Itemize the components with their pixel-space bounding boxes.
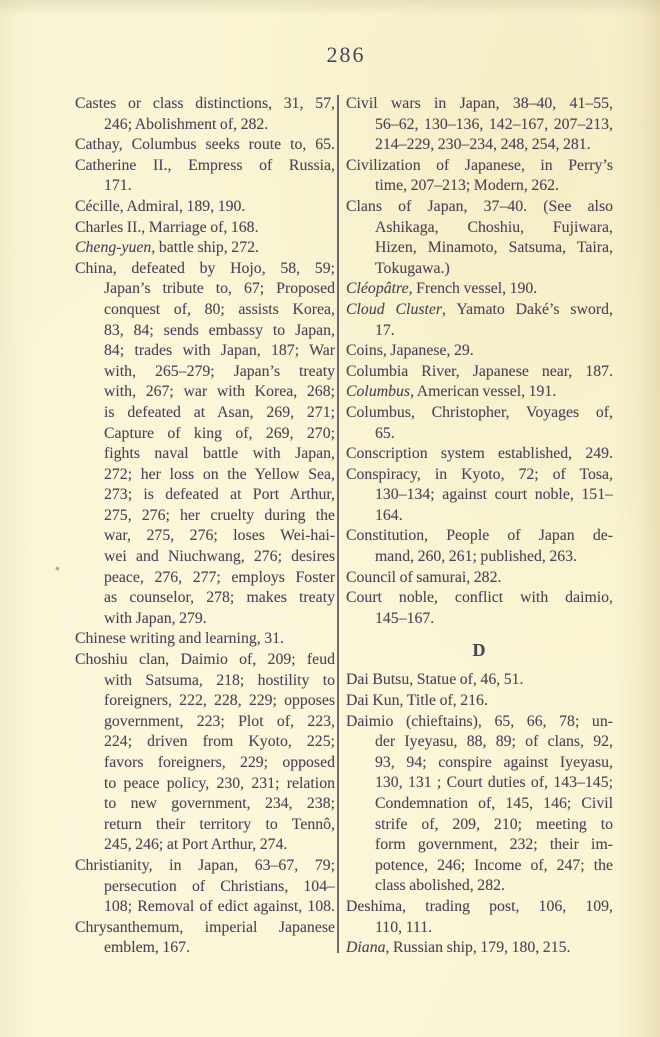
index-line: with Satsuma, 218; hostility to	[75, 671, 335, 692]
index-text: 56–62, 130–136, 142–167, 207–213,	[375, 116, 613, 133]
index-text: 272; her loss on the Yellow Sea,	[104, 466, 335, 483]
index-line: Conscription system established, 249.	[346, 444, 613, 465]
index-line: 65.	[346, 424, 613, 445]
index-text-italic: Cheng-yuen	[75, 239, 151, 256]
index-text: 245, 246; at Port Arthur, 274.	[104, 836, 287, 853]
index-text: is defeated at Asan, 269, 271;	[104, 404, 335, 421]
index-text: 93, 94; conspire against Iyeyasu,	[375, 754, 613, 771]
index-line: emblem, 167.	[75, 938, 335, 959]
index-text: Columbia River, Japanese near, 187.	[346, 363, 613, 380]
index-line: Castes or class distinctions, 31, 57,	[75, 94, 335, 115]
index-line: Charles II., Marriage of, 168.	[75, 218, 335, 239]
index-text: Clans of Japan, 37–40. (See also	[346, 198, 613, 215]
index-text-italic: Cloud Cluster	[346, 301, 442, 318]
page-number: 286	[0, 42, 660, 68]
index-text: persecution of Christians, 104–	[104, 878, 335, 895]
index-text: Dai Kun, Title of, 216.	[346, 692, 488, 709]
index-text: return their territory to Tennô,	[104, 816, 335, 833]
index-line: is defeated at Asan, 269, 271;	[75, 403, 335, 424]
scanned-book-page: 286 Castes or class distinctions, 31, 57…	[0, 0, 660, 1037]
index-text: 224; driven from Kyoto, 225;	[104, 733, 335, 750]
index-line: 93, 94; conspire against Iyeyasu,	[346, 753, 613, 774]
index-text: , American vessel, 191.	[410, 383, 556, 400]
index-text: government, 223; Plot of, 223,	[104, 713, 335, 730]
index-text: 110, 111.	[375, 919, 432, 936]
index-line: Council of samurai, 282.	[346, 568, 613, 589]
index-text: Deshima, trading post, 106, 109,	[346, 898, 613, 915]
index-line: persecution of Christians, 104–	[75, 877, 335, 898]
index-text: emblem, 167.	[104, 939, 190, 956]
column-divider	[337, 95, 339, 953]
index-line: Ashikaga, Choshiu, Fujiwara,	[346, 218, 613, 239]
index-text: Condemnation of, 145, 146; Civil	[375, 795, 613, 812]
index-line: Cloud Cluster, Yamato Daké’s sword,	[346, 300, 613, 321]
index-line: Cheng-yuen, battle ship, 272.	[75, 238, 335, 259]
index-text: with Japan, 279.	[104, 610, 207, 627]
index-line: 246; Abolishment of, 282.	[75, 115, 335, 136]
index-line: Coins, Japanese, 29.	[346, 341, 613, 362]
index-line: Choshiu clan, Daimio of, 209; feud	[75, 650, 335, 671]
index-text: Capture of king of, 269, 270;	[104, 425, 335, 442]
index-text: Court noble, conflict with daimio,	[346, 589, 613, 606]
index-line: return their territory to Tennô,	[75, 815, 335, 836]
index-text: Ashikaga, Choshiu, Fujiwara,	[375, 219, 613, 236]
index-line: with, 265–279; Japan’s treaty	[75, 362, 335, 383]
index-line: peace, 276, 277; employs Foster	[75, 568, 335, 589]
index-text: Conscription system established, 249.	[346, 445, 613, 462]
index-text: favors foreigners, 229; opposed	[104, 754, 335, 771]
section-heading: D	[346, 629, 613, 670]
index-text: Cathay, Columbus seeks route to, 65.	[75, 136, 335, 153]
index-text: strife of, 209, 210; meeting to	[375, 816, 613, 833]
index-line: strife of, 209, 210; meeting to	[346, 815, 613, 836]
index-line: fights naval battle with Japan,	[75, 444, 335, 465]
index-line: to new government, 234, 238;	[75, 794, 335, 815]
index-text: , Russian ship, 179, 180, 215.	[386, 939, 571, 956]
index-text: class abolished, 282.	[375, 877, 505, 894]
index-text: 164.	[375, 507, 403, 524]
index-text: Tokugawa.)	[375, 260, 450, 277]
index-line: Condemnation of, 145, 146; Civil	[346, 794, 613, 815]
index-text: to new government, 234, 238;	[104, 795, 335, 812]
index-text: with Satsuma, 218; hostility to	[104, 672, 335, 689]
index-text: Dai Butsu, Statue of, 46, 51.	[346, 671, 523, 688]
index-text: foreigners, 222, 228, 229; opposes	[104, 692, 335, 709]
index-text: 214–229, 230–234, 248, 254, 281.	[375, 136, 591, 153]
index-line: 145–167.	[346, 609, 613, 630]
index-text: Civil wars in Japan, 38–40, 41–55,	[346, 95, 613, 112]
index-line: Cathay, Columbus seeks route to, 65.	[75, 135, 335, 156]
index-text: 145–167.	[375, 610, 434, 627]
index-text: 130–134; against court noble, 151–	[375, 486, 613, 503]
index-column-left: Castes or class distinctions, 31, 57,246…	[75, 94, 335, 959]
index-line: 245, 246; at Port Arthur, 274.	[75, 835, 335, 856]
index-text: Civilization of Japanese, in Perry’s	[346, 157, 613, 174]
index-text: China, defeated by Hojo, 58, 59;	[75, 260, 335, 277]
index-text: war, 275, 276; loses Wei-hai-	[104, 527, 335, 544]
index-line: Columbia River, Japanese near, 187.	[346, 362, 613, 383]
index-text: Castes or class distinctions, 31, 57,	[75, 95, 335, 112]
index-text: 84; trades with Japan, 187; War	[104, 342, 335, 359]
index-line: Cécille, Admiral, 189, 190.	[75, 197, 335, 218]
index-line: Dai Butsu, Statue of, 46, 51.	[346, 670, 613, 691]
index-text: time, 207–213; Modern, 262.	[375, 177, 559, 194]
index-line: 110, 111.	[346, 918, 613, 939]
index-line: Tokugawa.)	[346, 259, 613, 280]
index-text: fights naval battle with Japan,	[104, 445, 335, 462]
index-text: with, 267; war with Korea, 268;	[104, 383, 335, 400]
index-line: Civil wars in Japan, 38–40, 41–55,	[346, 94, 613, 115]
index-line: 171.	[75, 176, 335, 197]
index-line: wei and Niuchwang, 276; desires	[75, 547, 335, 568]
index-text: 246; Abolishment of, 282.	[104, 116, 268, 133]
index-text: 275, 276; her cruelty during the	[104, 507, 335, 524]
index-text-italic: Columbus	[346, 383, 410, 400]
index-text: Council of samurai, 282.	[346, 569, 501, 586]
index-text: 65.	[375, 425, 395, 442]
index-line: 56–62, 130–136, 142–167, 207–213,	[346, 115, 613, 136]
index-line: mand, 260, 261; published, 263.	[346, 547, 613, 568]
index-text: Japan’s tribute to, 67; Proposed	[104, 280, 335, 297]
index-text: as counselor, 278; makes treaty	[104, 589, 335, 606]
index-line: 130–134; against court noble, 151–	[346, 485, 613, 506]
index-line: 84; trades with Japan, 187; War	[75, 341, 335, 362]
index-text: wei and Niuchwang, 276; desires	[104, 548, 335, 565]
index-text: 108; Removal of edict against, 108.	[104, 898, 335, 915]
index-text: to peace policy, 230, 231; relation	[104, 775, 335, 792]
index-line: with Japan, 279.	[75, 609, 335, 630]
index-text: Daimio (chieftains), 65, 66, 78; un-	[346, 713, 613, 730]
index-line: 275, 276; her cruelty during the	[75, 506, 335, 527]
index-line: 164.	[346, 506, 613, 527]
index-line: Deshima, trading post, 106, 109,	[346, 897, 613, 918]
index-column-right: Civil wars in Japan, 38–40, 41–55,56–62,…	[346, 94, 613, 959]
index-line: China, defeated by Hojo, 58, 59;	[75, 259, 335, 280]
book-page: { "page_number": "286", "colors": { "pap…	[0, 0, 660, 1037]
index-text: 171.	[104, 177, 132, 194]
index-line: Dai Kun, Title of, 216.	[346, 691, 613, 712]
index-text: , French vessel, 190.	[409, 280, 538, 297]
index-line: Daimio (chieftains), 65, 66, 78; un-	[346, 712, 613, 733]
index-text: potence, 246; Income of, 247; the	[375, 857, 613, 874]
index-line: Diana, Russian ship, 179, 180, 215.	[346, 938, 613, 959]
index-text: peace, 276, 277; employs Foster	[104, 569, 335, 586]
index-text: der Iyeyasu, 88, 89; of clans, 92,	[375, 733, 613, 750]
index-text: Charles II., Marriage of, 168.	[75, 219, 259, 236]
index-line: Cléopâtre, French vessel, 190.	[346, 279, 613, 300]
index-text: D	[473, 640, 487, 660]
index-text-italic: Cléopâtre	[346, 280, 409, 297]
index-line: Columbus, Christopher, Voyages of,	[346, 403, 613, 424]
index-line: potence, 246; Income of, 247; the	[346, 856, 613, 877]
index-text: Chinese writing and learning, 31.	[75, 630, 284, 647]
index-line: as counselor, 278; makes treaty	[75, 588, 335, 609]
index-text: Choshiu clan, Daimio of, 209; feud	[75, 651, 335, 668]
index-line: form government, 232; their im-	[346, 835, 613, 856]
index-text: 83, 84; sends embassy to Japan,	[104, 322, 335, 339]
index-text: Hizen, Minamoto, Satsuma, Taira,	[375, 239, 613, 256]
index-text: Chrysanthemum, imperial Japanese	[75, 919, 335, 936]
index-text: Cécille, Admiral, 189, 190.	[75, 198, 245, 215]
index-line: to peace policy, 230, 231; relation	[75, 774, 335, 795]
index-line: 224; driven from Kyoto, 225;	[75, 732, 335, 753]
index-body: Castes or class distinctions, 31, 57,246…	[75, 94, 613, 959]
index-line: Clans of Japan, 37–40. (See also	[346, 197, 613, 218]
index-line: government, 223; Plot of, 223,	[75, 712, 335, 733]
index-text: 273; is defeated at Port Arthur,	[104, 486, 335, 503]
index-line: 83, 84; sends embassy to Japan,	[75, 321, 335, 342]
index-line: Conspiracy, in Kyoto, 72; of Tosa,	[346, 465, 613, 486]
index-text: Conspiracy, in Kyoto, 72; of Tosa,	[346, 466, 613, 483]
index-line: der Iyeyasu, 88, 89; of clans, 92,	[346, 732, 613, 753]
index-line: time, 207–213; Modern, 262.	[346, 176, 613, 197]
index-line: Court noble, conflict with daimio,	[346, 588, 613, 609]
index-line: Chinese writing and learning, 31.	[75, 629, 335, 650]
index-line: 272; her loss on the Yellow Sea,	[75, 465, 335, 486]
paper-speck	[55, 566, 60, 571]
index-line: Christianity, in Japan, 63–67, 79;	[75, 856, 335, 877]
index-line: war, 275, 276; loses Wei-hai-	[75, 526, 335, 547]
index-line: Constitution, People of Japan de-	[346, 526, 613, 547]
index-text: form government, 232; their im-	[375, 836, 613, 853]
index-line: Hizen, Minamoto, Satsuma, Taira,	[346, 238, 613, 259]
index-line: with, 267; war with Korea, 268;	[75, 382, 335, 403]
index-text: Columbus, Christopher, Voyages of,	[346, 404, 613, 421]
index-text: Constitution, People of Japan de-	[346, 527, 613, 544]
index-line: class abolished, 282.	[346, 876, 613, 897]
index-line: 214–229, 230–234, 248, 254, 281.	[346, 135, 613, 156]
index-text: mand, 260, 261; published, 263.	[375, 548, 577, 565]
index-text: Coins, Japanese, 29.	[346, 342, 474, 359]
index-line: conquest of, 80; assists Korea,	[75, 300, 335, 321]
index-line: foreigners, 222, 228, 229; opposes	[75, 691, 335, 712]
index-line: Catherine II., Empress of Russia,	[75, 156, 335, 177]
index-line: Japan’s tribute to, 67; Proposed	[75, 279, 335, 300]
index-line: Columbus, American vessel, 191.	[346, 382, 613, 403]
index-text: with, 265–279; Japan’s treaty	[104, 363, 335, 380]
index-text: 17.	[375, 322, 395, 339]
index-line: Capture of king of, 269, 270;	[75, 424, 335, 445]
index-line: favors foreigners, 229; opposed	[75, 753, 335, 774]
index-line: Civilization of Japanese, in Perry’s	[346, 156, 613, 177]
index-line: 273; is defeated at Port Arthur,	[75, 485, 335, 506]
index-text: 130, 131 ; Court duties of, 143–145;	[375, 774, 613, 791]
index-text: conquest of, 80; assists Korea,	[104, 301, 335, 318]
index-text: Catherine II., Empress of Russia,	[75, 157, 335, 174]
index-line: 130, 131 ; Court duties of, 143–145;	[346, 773, 613, 794]
index-text-italic: Diana	[346, 939, 386, 956]
index-line: 108; Removal of edict against, 108.	[75, 897, 335, 918]
index-line: 17.	[346, 321, 613, 342]
index-text: Christianity, in Japan, 63–67, 79;	[75, 857, 335, 874]
index-line: Chrysanthemum, imperial Japanese	[75, 918, 335, 939]
index-text: , Yamato Daké’s sword,	[442, 301, 613, 318]
index-text: , battle ship, 272.	[151, 239, 259, 256]
